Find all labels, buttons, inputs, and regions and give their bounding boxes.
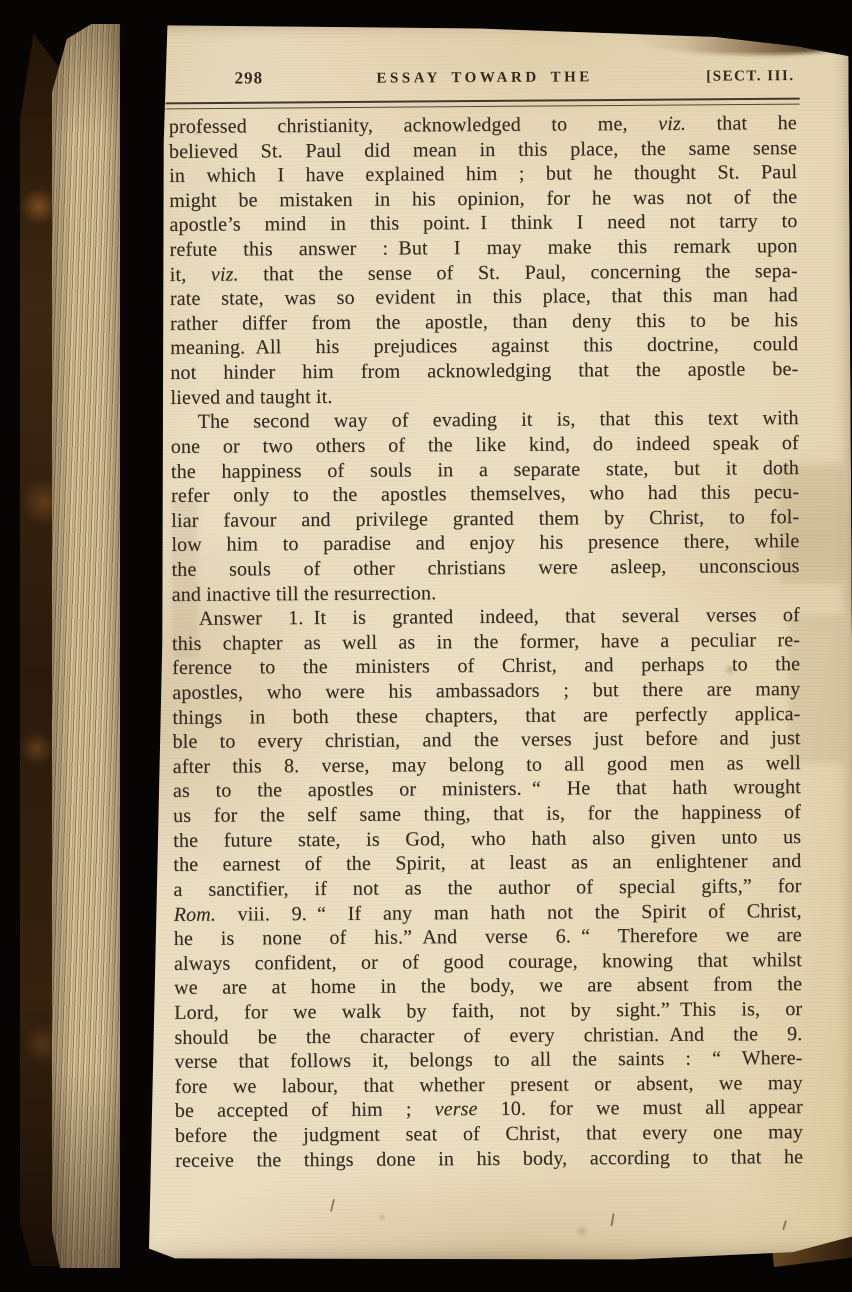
text-line: in which I have explained him ; but he t… [169, 160, 797, 188]
text-line: might be mistaken in his opinion, for he… [169, 185, 797, 213]
paragraph: Answer 1. It is granted indeed, that sev… [172, 603, 803, 1173]
text-line: one or two others of the like kind, do i… [171, 431, 799, 459]
text-line: rather differ from the apostle, than den… [170, 308, 798, 336]
scan-background: 298 ESSAY TOWARD THE [SECT. III. profess… [0, 0, 852, 1292]
paragraph: professed christianity, acknowledged to … [169, 111, 799, 410]
text-line: refute this answer : But I may make this… [170, 234, 798, 262]
ink-speck [782, 1220, 786, 1230]
double-rule [166, 98, 800, 110]
text-line: the happiness of souls in a separate sta… [171, 456, 799, 484]
text-line: rate state, was so evident in this place… [170, 283, 798, 311]
text-line: after this 8. verse, may belong to all g… [173, 751, 801, 779]
text-line: professed christianity, acknowledged to … [169, 111, 797, 139]
text-line: and inactive till the resurrection. [172, 579, 800, 607]
text-line: a sanctifier, if not as the author of sp… [173, 874, 801, 902]
text-line: ble to every christian, and the verses j… [173, 726, 801, 754]
text-line: apostle’s mind in this point. I think I … [169, 210, 797, 238]
text-line: it, viz. that the sense of St. Paul, con… [170, 259, 798, 287]
text-line: not hinder him from acknowledging that t… [170, 357, 798, 385]
text-block: professed christianity, acknowledged to … [169, 111, 803, 1173]
page-fore-edges [52, 24, 120, 1268]
ink-speck [610, 1213, 614, 1226]
text-line: the souls of other christians were aslee… [171, 554, 799, 582]
paragraph: The second way of evading it is, that th… [171, 406, 800, 607]
text-line: Lord, for we walk by faith, not by sight… [174, 997, 802, 1025]
book-page: 298 ESSAY TOWARD THE [SECT. III. profess… [108, 14, 852, 1266]
text-line: meaning. All his prejudices against this… [170, 333, 798, 361]
text-line: we are at home in the body, we are absen… [174, 972, 802, 1000]
text-line: this chapter as well as in the former, h… [172, 628, 800, 656]
text-line: ference to the ministers of Christ, and … [172, 652, 800, 680]
text-line: receive the things done in his body, acc… [175, 1145, 803, 1173]
text-line: he is none of his.” And verse 6. “ There… [174, 923, 802, 951]
text-line: be accepted of him ; verse 10. for we mu… [175, 1095, 803, 1123]
text-line: the earnest of the Spirit, at least as a… [173, 849, 801, 877]
text-line: liar favour and privilege granted them b… [171, 505, 799, 533]
text-line: low him to paradise and enjoy his presen… [171, 529, 799, 557]
text-line: Rom. viii. 9. “ If any man hath not the … [174, 899, 802, 927]
text-line: as to the apostles or ministers. “ He th… [173, 776, 801, 804]
torn-edge-smear [630, 18, 851, 56]
page-header: 298 ESSAY TOWARD THE [SECT. III. [169, 65, 797, 89]
text-line: believed St. Paul did mean in this place… [169, 136, 797, 164]
text-line: apostles, who were his ambassadors ; but… [172, 677, 800, 705]
text-line: always confident, or of good courage, kn… [174, 948, 802, 976]
page-number: 298 [235, 68, 264, 88]
running-title: ESSAY TOWARD THE [263, 69, 706, 89]
text-line: Answer 1. It is granted indeed, that sev… [172, 603, 800, 631]
text-line: verse that follows it, belongs to all th… [174, 1046, 802, 1074]
ink-speck [330, 1199, 335, 1212]
text-line: before the judgment seat of Christ, that… [175, 1120, 803, 1148]
text-line: the future state, is God, who hath also … [173, 825, 801, 853]
text-line: us for the self same thing, that is, for… [173, 800, 801, 828]
text-line: fore we labour, that whether present or … [175, 1071, 803, 1099]
text-line: The second way of evading it is, that th… [171, 406, 799, 434]
text-line: refer only to the apostles themselves, w… [171, 480, 799, 508]
section-label: [SECT. III. [706, 68, 794, 86]
text-line: should be the character of every christi… [174, 1022, 802, 1050]
text-line: lieved and taught it. [170, 382, 798, 410]
text-line: things in both these chapters, that are … [172, 702, 800, 730]
